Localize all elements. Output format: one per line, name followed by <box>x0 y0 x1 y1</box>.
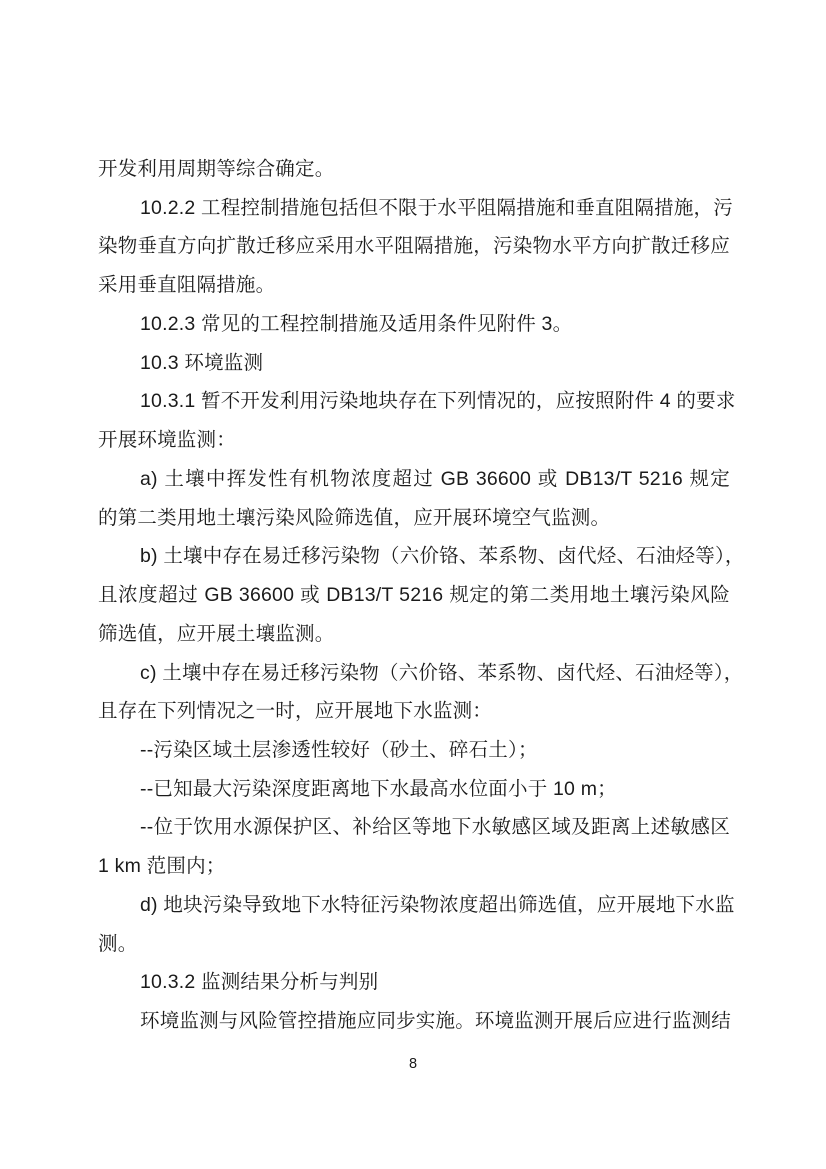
text-line: --已知最大污染深度距离地下水最高水位面小于 10 m； <box>98 770 730 809</box>
text-line: 10.2.3 常见的工程控制措施及适用条件见附件 3。 <box>98 305 730 344</box>
text-line: c) 土壤中存在易迁移污染物（六价铬、苯系物、卤代烃、石油烃等）， <box>98 654 730 693</box>
text-line: 染物垂直方向扩散迁移应采用水平阻隔措施，污染物水平方向扩散迁移应 <box>98 227 730 266</box>
text-line: 的第二类用地土壤污染风险筛选值，应开展环境空气监测。 <box>98 499 730 538</box>
text-line: 测。 <box>98 925 730 964</box>
text-line: b) 土壤中存在易迁移污染物（六价铬、苯系物、卤代烃、石油烃等）， <box>98 537 730 576</box>
text-line: 开展环境监测： <box>98 421 730 460</box>
text-line: a) 土壤中挥发性有机物浓度超过 GB 36600 或 DB13/T 5216 … <box>98 460 730 499</box>
text-line: 开发利用周期等综合确定。 <box>98 150 730 189</box>
text-line: --位于饮用水源保护区、补给区等地下水敏感区域及距离上述敏感区 <box>98 808 730 847</box>
text-line: --污染区域土层渗透性较好（砂土、碎石土）； <box>98 731 730 770</box>
page-number: 8 <box>0 1054 826 1074</box>
document-page: 开发利用周期等综合确定。10.2.2 工程控制措施包括但不限于水平阻隔措施和垂直… <box>0 0 826 1169</box>
text-line: 1 km 范围内； <box>98 847 730 886</box>
text-line: 10.3.2 监测结果分析与判别 <box>98 963 730 1002</box>
text-line: 10.3 环境监测 <box>98 344 730 383</box>
text-line: 10.3.1 暂不开发利用污染地块存在下列情况的，应按照附件 4 的要求 <box>98 382 730 421</box>
text-line: 筛选值，应开展土壤监测。 <box>98 615 730 654</box>
document-text: 开发利用周期等综合确定。10.2.2 工程控制措施包括但不限于水平阻隔措施和垂直… <box>98 150 730 1041</box>
text-line: 且存在下列情况之一时，应开展地下水监测： <box>98 692 730 731</box>
text-line: 且浓度超过 GB 36600 或 DB13/T 5216 规定的第二类用地土壤污… <box>98 576 730 615</box>
text-line: 采用垂直阻隔措施。 <box>98 266 730 305</box>
text-line: 10.2.2 工程控制措施包括但不限于水平阻隔措施和垂直阻隔措施，污 <box>98 189 730 228</box>
text-line: 环境监测与风险管控措施应同步实施。环境监测开展后应进行监测结 <box>98 1002 730 1041</box>
text-line: d) 地块污染导致地下水特征污染物浓度超出筛选值，应开展地下水监 <box>98 886 730 925</box>
